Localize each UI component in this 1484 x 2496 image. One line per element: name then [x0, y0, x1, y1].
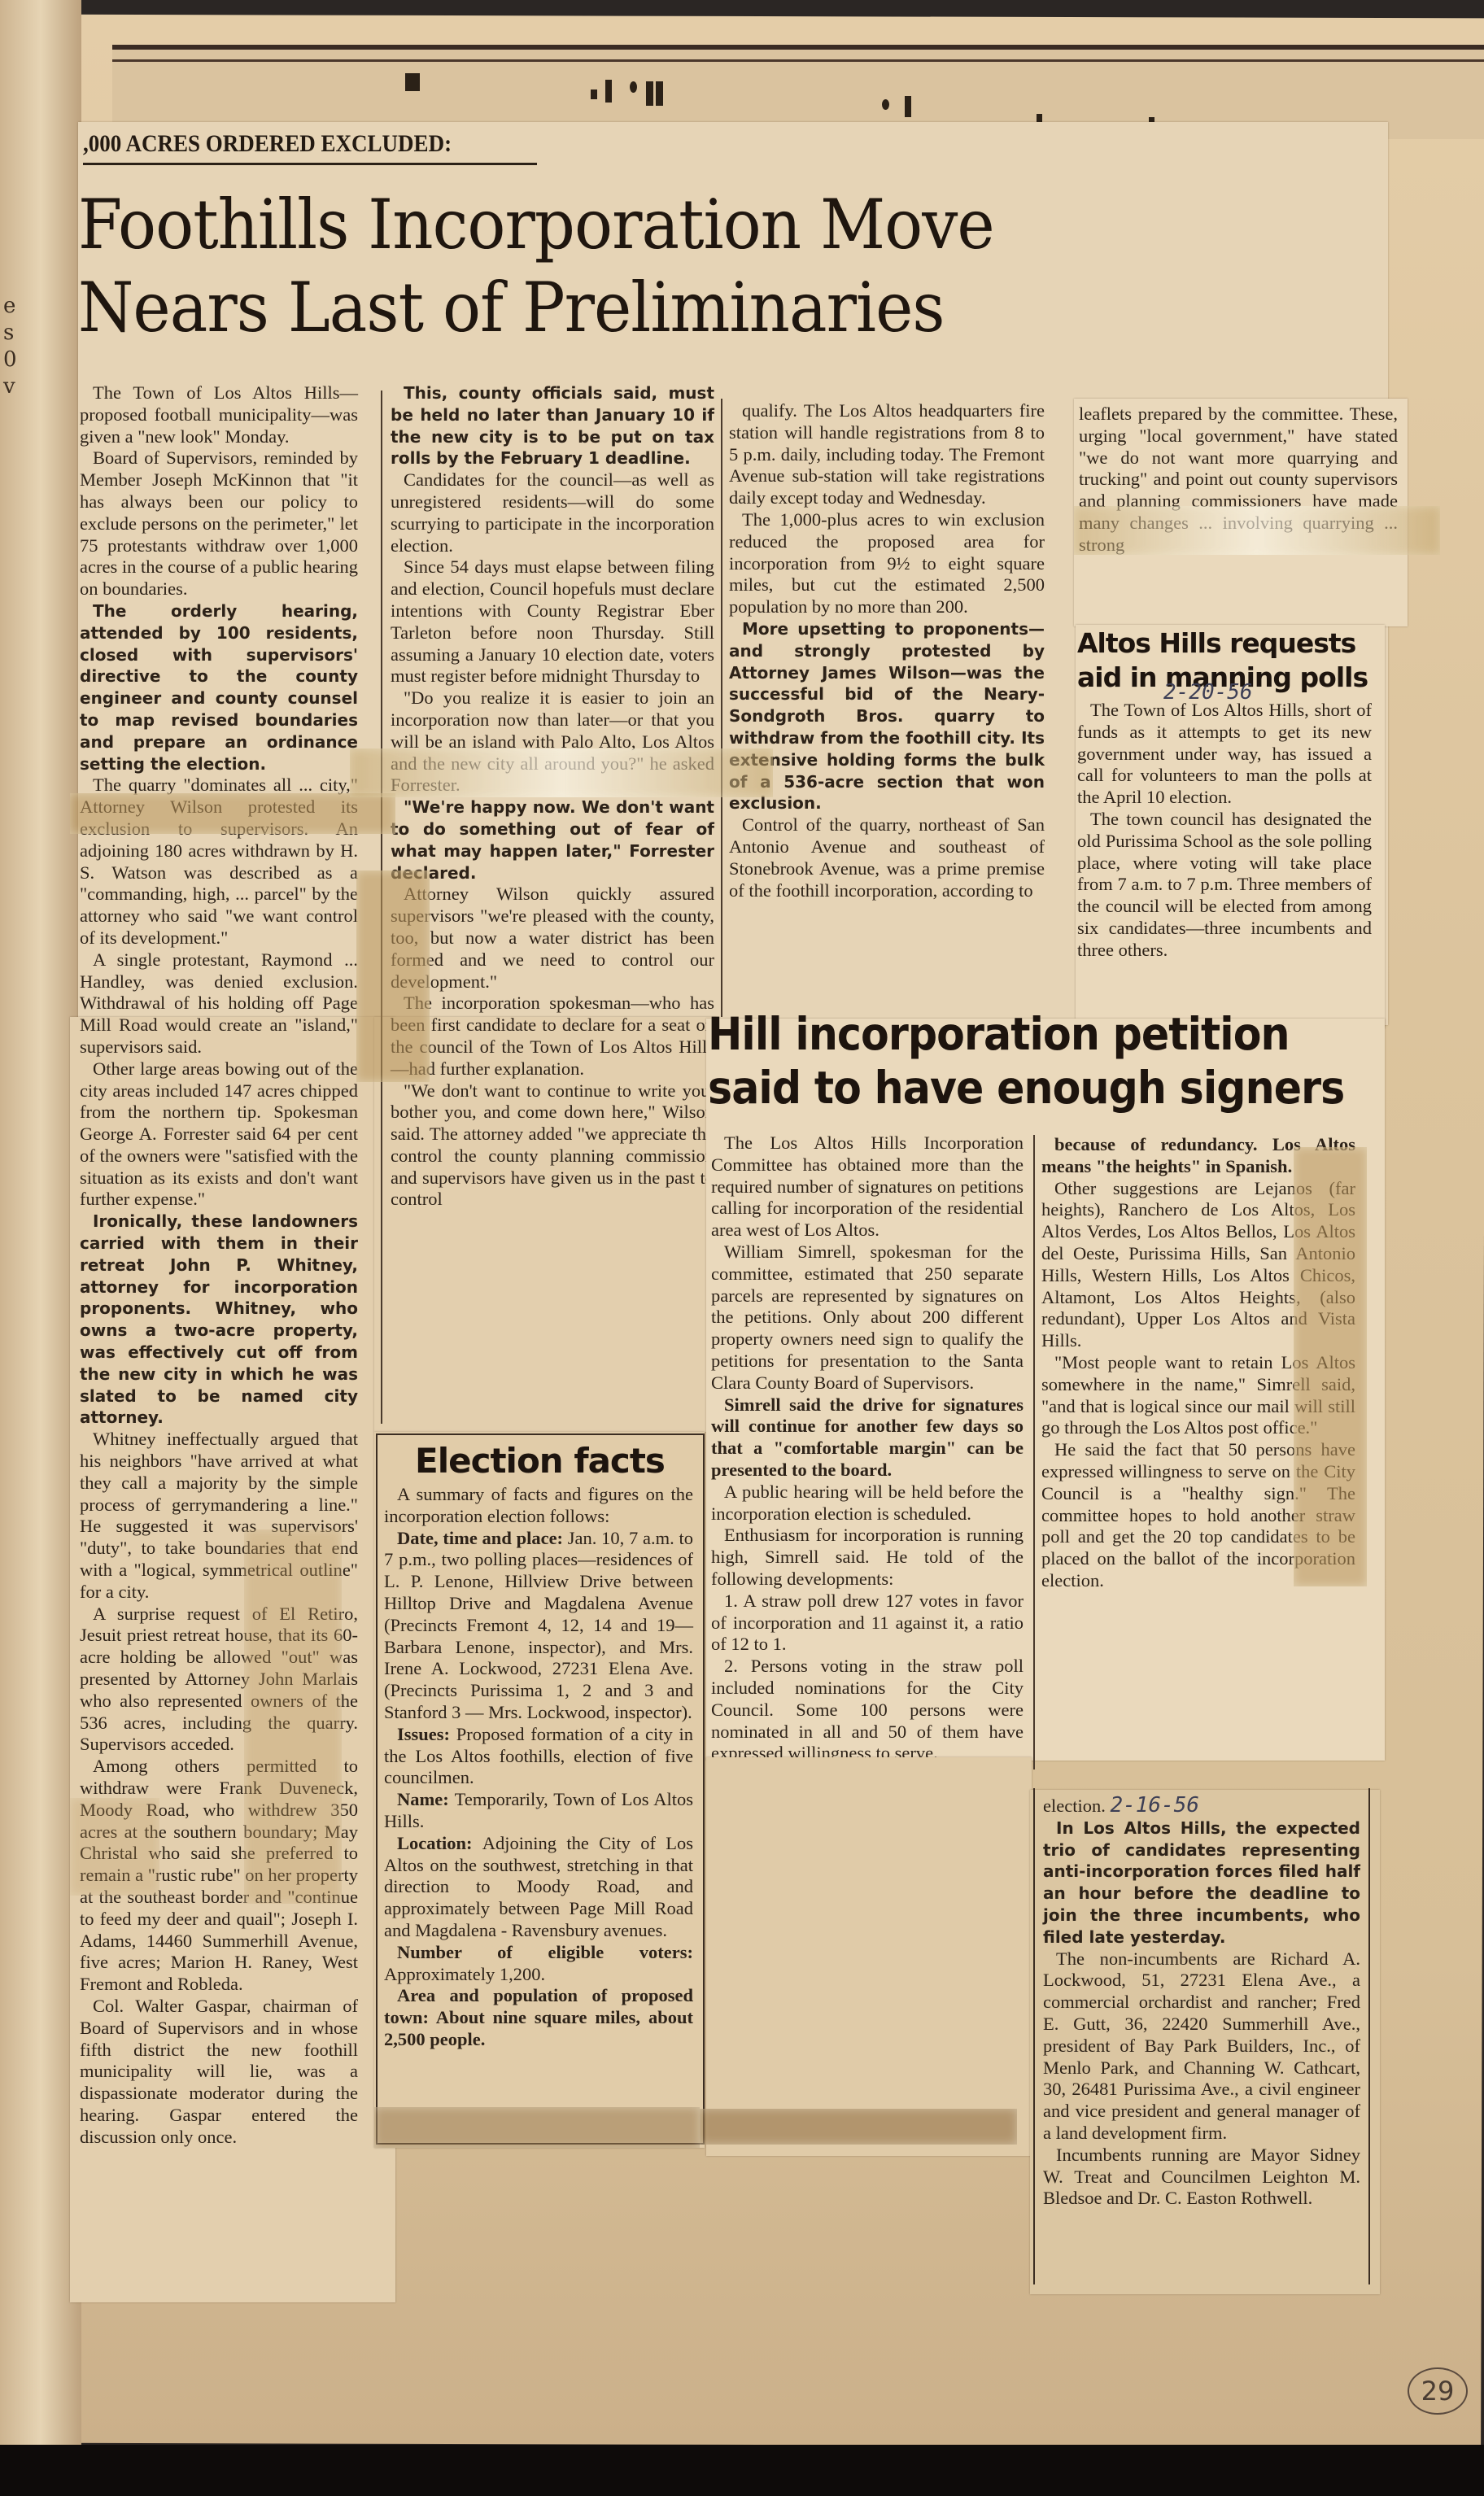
election-fact-label: Issues:: [397, 1724, 456, 1744]
paragraph: Simrell said the drive for signatures wi…: [711, 1394, 1024, 1481]
paragraph: Col. Walter Gaspar, chairman of Board of…: [80, 1996, 358, 2149]
masthead-fragment: [630, 81, 637, 93]
paragraph: Candidates for the council—as well as un…: [391, 469, 714, 556]
candidates-clipping: election. 2-16-56 In Los Altos Hills, th…: [1043, 1795, 1360, 2210]
article-column-3: qualify. The Los Altos headquarters fire…: [729, 400, 1045, 901]
masthead-fragment: [646, 81, 653, 106]
election-fact-item: Location: Adjoining the City of Los Alto…: [384, 1833, 693, 1942]
paragraph: Attorney Wilson quickly assured supervis…: [391, 884, 714, 993]
paragraph: "We don't want to continue to write you,…: [391, 1080, 714, 1211]
paragraph: The town council has designated the old …: [1077, 809, 1372, 962]
masthead-fragment: [656, 81, 663, 106]
tape-strip: [1294, 1147, 1367, 1586]
paragraph: A public hearing will be held before the…: [711, 1481, 1024, 1525]
election-fact-item: Date, time and place: Jan. 10, 7 a.m. to…: [384, 1528, 693, 1724]
paragraph: "We're happy now. We don't want to do so…: [391, 796, 714, 884]
election-fact-item: Area and population of proposed town: Ab…: [384, 1985, 693, 2050]
book-spine: e s 0 v: [0, 0, 81, 2445]
paragraph: The incorporation spokesman—who has been…: [391, 993, 714, 1080]
paragraph: More upsetting to proponents—and strongl…: [729, 618, 1045, 814]
tape-strip: [244, 1529, 342, 1904]
petition-headline: Hill incorporation petition said to have…: [708, 1007, 1344, 1115]
paragraph: 2. Persons voting in the straw poll incl…: [711, 1656, 1024, 1765]
column-rule: [721, 399, 722, 1017]
paragraph: Other large areas bowing out of the city…: [80, 1058, 358, 1211]
paragraph: The 1,000-plus acres to win exclusion re…: [729, 509, 1045, 618]
paragraph: 1. A straw poll drew 127 votes in favor …: [711, 1591, 1024, 1656]
election-fact-value: Approximately 1,200.: [384, 1964, 545, 1984]
masthead-fragment: [591, 89, 597, 99]
tape-strip: [700, 2109, 1017, 2145]
paragraph: Enthusiasm for incorporation is running …: [711, 1525, 1024, 1590]
election-facts-title: Election facts: [415, 1438, 665, 1484]
paragraph: In Los Altos Hills, the expected trio of…: [1043, 1817, 1360, 1948]
paragraph: Control of the quarry, northeast of San …: [729, 814, 1045, 901]
handwritten-date: 2-16-56: [1110, 1793, 1199, 1817]
paragraph: Ironically, these landowners carried wit…: [80, 1211, 358, 1429]
polls-article-body: The Town of Los Altos Hills, short of fu…: [1077, 700, 1372, 962]
main-headline: Foothills Incorporation Move Nears Last …: [78, 183, 1062, 349]
masthead-fragment: [905, 96, 911, 117]
paragraph: Incumbents running are Mayor Sidney W. T…: [1043, 2145, 1360, 2210]
paragraph: A single protestant, Raymond ... Handley…: [80, 949, 358, 1058]
masthead-fragment: [882, 99, 889, 110]
paragraph: qualify. The Los Altos headquarters fire…: [729, 400, 1045, 509]
election-fact-value: Jan. 10, 7 a.m. to 7 p.m., two polling p…: [384, 1528, 693, 1722]
kicker-headline: ,000 ACRES ORDERED EXCLUDED:: [83, 130, 537, 165]
tape-strip: [350, 748, 773, 797]
paragraph: The Town of Los Altos Hills—proposed foo…: [80, 382, 358, 447]
election-fact-label: Name:: [397, 1789, 455, 1809]
tape-strip: [374, 2107, 700, 2148]
paragraph: The orderly hearing, attended by 100 res…: [80, 600, 358, 775]
column-rule: [1033, 1135, 1035, 1769]
paragraph: Since 54 days must elapse between filing…: [391, 556, 714, 687]
paragraph: William Simrell, spokesman for the commi…: [711, 1241, 1024, 1394]
tape-strip: [70, 1798, 159, 1896]
election-facts-body: A summary of facts and figures on the in…: [384, 1484, 693, 2051]
paragraph: The Town of Los Altos Hills, short of fu…: [1077, 700, 1372, 809]
election-fact-label: Location:: [397, 1833, 482, 1853]
tape-strip: [356, 871, 430, 1082]
page-number: 29: [1408, 2367, 1468, 2415]
masthead-rule: [112, 59, 1484, 62]
scrapbook-page: e s 0 v ,000 ACRES ORDERED EXCLUDED: Foo…: [0, 0, 1484, 2496]
election-fact-item: Number of eligible voters: Approximately…: [384, 1942, 693, 1986]
paragraph: Board of Supervisors, reminded by Member…: [80, 447, 358, 600]
election-fact-label: Number of eligible voters:: [397, 1942, 693, 1962]
masthead-fragment: [405, 73, 420, 91]
election-fact-label: Date, time and place:: [397, 1528, 568, 1548]
paragraph: The Los Altos Hills Incorporation Commit…: [711, 1132, 1024, 1241]
background-bottom: [0, 2445, 1484, 2496]
paragraph: The non-incumbents are Richard A. Lockwo…: [1043, 1948, 1360, 2145]
tape-strip: [1074, 506, 1440, 555]
paragraph: This, county officials said, must be hel…: [391, 382, 714, 469]
election-fact-item: Issues: Proposed formation of a city in …: [384, 1724, 693, 1789]
election-fact-item: Name: Temporarily, Town of Los Altos Hil…: [384, 1789, 693, 1833]
tape-strip: [70, 793, 395, 834]
petition-col1-lower-bg: [706, 1757, 1032, 2156]
masthead-fragment: [605, 80, 612, 103]
spine-text-fragment: e s 0 v: [3, 293, 21, 400]
election-facts-intro: A summary of facts and figures on the in…: [384, 1484, 693, 1528]
